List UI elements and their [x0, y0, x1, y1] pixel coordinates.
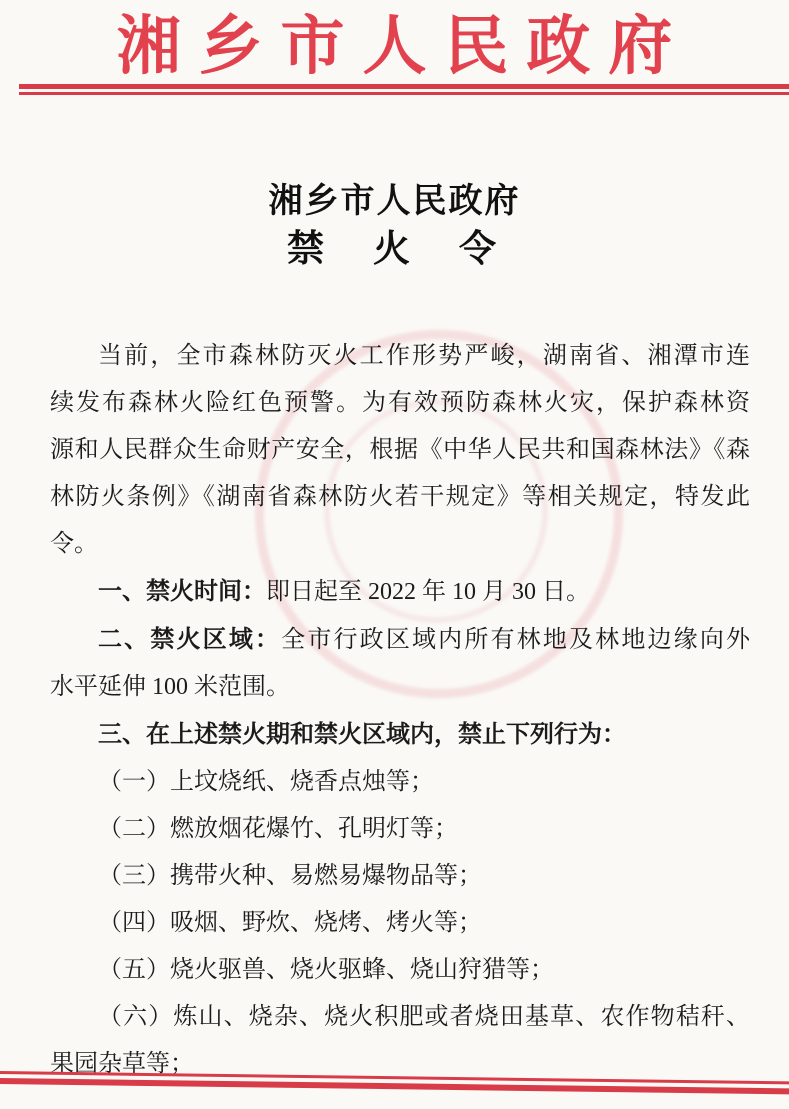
- document-body: 当前，全市森林防灭火工作形势严峻，湖南省、湘潭市连续发布森林火险红色预警。为有效…: [50, 333, 750, 1088]
- letterhead-double-rule: [19, 84, 789, 95]
- body-line: （一）上坟烧纸、烧香点烛等；: [50, 759, 750, 806]
- body-line: 续发布森林火险红色预警。为有效预防森林火灾，保护森林资: [50, 380, 750, 427]
- section-label: 三、在上述禁火期和禁火区域内，禁止下列行为：: [98, 721, 626, 748]
- document-title: 湘乡市人民政府 禁 火 令: [0, 178, 789, 274]
- body-line: （六）炼山、烧杂、烧火积肥或者烧田基草、农作物秸秆、: [50, 994, 750, 1041]
- body-line: 源和人民群众生命财产安全，根据《中华人民共和国森林法》《森: [50, 427, 750, 474]
- body-text: 当前，全市森林防灭火工作形势严峻，湖南省、湘潭市连: [98, 343, 750, 369]
- body-line: 林防火条例》《湖南省森林防火若干规定》等相关规定，特发此: [50, 474, 750, 521]
- body-line: （五）烧火驱兽、烧火驱蜂、烧山狩猎等；: [50, 947, 750, 994]
- body-line: （三）携带火种、易燃易爆物品等；: [50, 853, 750, 900]
- scanned-official-document: 湘乡市人民政府 湘乡市人民政府 禁 火 令 当前，全市森林防灭火工作形势严峻，湖…: [0, 0, 789, 1109]
- body-text: 全市行政区域内所有林地及林地边缘向外: [281, 627, 750, 653]
- section-label: 二、禁火区域：: [98, 626, 281, 653]
- body-text: 源和人民群众生命财产安全，根据《中华人民共和国森林法》《森: [50, 437, 750, 463]
- section-label: 一、禁火时间：: [98, 578, 266, 605]
- body-text: （六）炼山、烧杂、烧火积肥或者烧田基草、农作物秸秆、: [98, 1004, 750, 1030]
- document-title-order: 禁 火 令: [0, 224, 789, 274]
- body-text: （三）携带火种、易燃易爆物品等；: [98, 863, 482, 889]
- body-line: 水平延伸 100 米范围。: [50, 664, 750, 711]
- body-line: 令。: [50, 521, 750, 568]
- body-line: 三、在上述禁火期和禁火区域内，禁止下列行为：: [50, 711, 750, 759]
- body-text: 水平延伸 100 米范围。: [50, 674, 290, 700]
- body-text: （二）燃放烟花爆竹、孔明灯等；: [98, 816, 458, 842]
- body-text: 即日起至 2022 年 10 月 30 日。: [266, 579, 590, 605]
- letterhead-org-name: 湘乡市人民政府: [0, 0, 789, 82]
- body-text: （四）吸烟、野炊、烧烤、烤火等；: [98, 910, 482, 936]
- body-line: 当前，全市森林防灭火工作形势严峻，湖南省、湘潭市连: [50, 333, 750, 380]
- body-text: 林防火条例》《湖南省森林防火若干规定》等相关规定，特发此: [50, 484, 750, 510]
- body-text: （一）上坟烧纸、烧香点烛等；: [98, 769, 434, 795]
- body-text: 续发布森林火险红色预警。为有效预防森林火灾，保护森林资: [50, 390, 750, 416]
- document-title-org: 湘乡市人民政府: [0, 178, 789, 224]
- body-text: （五）烧火驱兽、烧火驱蜂、烧山狩猎等；: [98, 957, 554, 983]
- body-text: 令。: [50, 531, 98, 557]
- body-line: 二、禁火区域：全市行政区域内所有林地及林地边缘向外: [50, 616, 750, 664]
- body-line: 一、禁火时间：即日起至 2022 年 10 月 30 日。: [50, 568, 750, 616]
- body-line: （四）吸烟、野炊、烧烤、烤火等；: [50, 900, 750, 947]
- body-line: （二）燃放烟花爆竹、孔明灯等；: [50, 806, 750, 853]
